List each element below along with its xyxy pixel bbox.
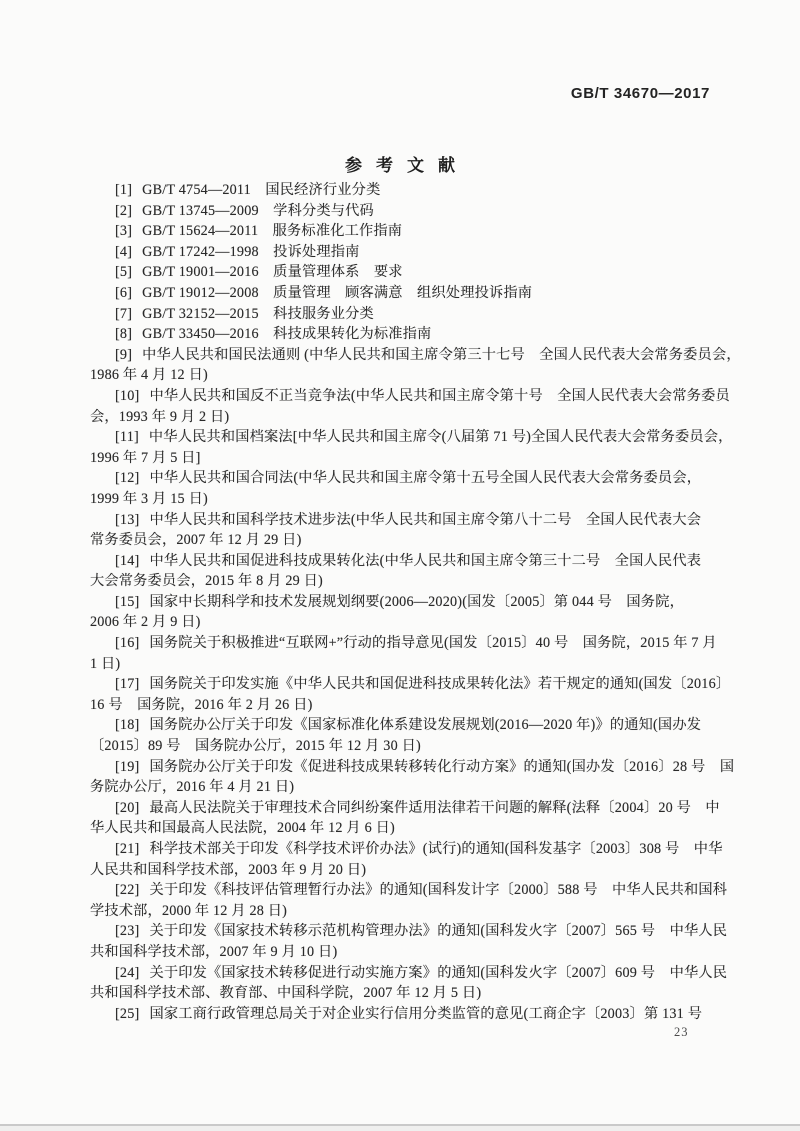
reference-item: [11]中华人民共和国档案法[中华人民共和国主席令(八届第 71 号)全国人民代…	[90, 427, 716, 448]
reference-item-continuation: 学技术部，2000 年 12 月 28 日)	[90, 901, 716, 922]
scan-bottom-margin	[0, 1126, 800, 1131]
reference-text: 国务院关于印发实施《中华人民共和国促进科技成果转化法》若干规定的通知(国发〔20…	[149, 676, 730, 692]
reference-number: [17]	[115, 674, 139, 695]
reference-number: [14]	[115, 551, 139, 572]
reference-item: [4]GB/T 17242—1998 投诉处理指南	[90, 242, 716, 263]
reference-item-continuation: 2006 年 2 月 9 日)	[90, 612, 716, 633]
reference-text: 中华人民共和国反不正当竞争法(中华人民共和国主席令第十号 全国人民代表大会常务委…	[149, 388, 729, 404]
reference-item: [15]国家中长期科学和技术发展规划纲要(2006—2020)(国发〔2005〕…	[90, 592, 716, 613]
reference-item: [24]关于印发《国家技术转移促进行动实施方案》的通知(国科发火字〔2007〕6…	[90, 963, 716, 984]
reference-text: 关于印发《国家技术转移促进行动实施方案》的通知(国科发火字〔2007〕609 号…	[149, 965, 727, 981]
standard-code-header: GB/T 34670—2017	[571, 85, 710, 102]
reference-item-continuation: 大会常务委员会，2015 年 8 月 29 日)	[90, 571, 716, 592]
reference-item: [2]GB/T 13745—2009 学科分类与代码	[90, 201, 716, 222]
reference-item-continuation: 1999 年 3 月 15 日)	[90, 489, 716, 510]
reference-text: GB/T 19001—2016 质量管理体系 要求	[142, 264, 403, 280]
reference-number: [15]	[115, 592, 139, 613]
reference-number: [9]	[115, 345, 132, 366]
reference-text: GB/T 17242—1998 投诉处理指南	[142, 244, 359, 260]
reference-item: [5]GB/T 19001—2016 质量管理体系 要求	[90, 262, 716, 283]
reference-item: [25]国家工商行政管理总局关于对企业实行信用分类监管的意见(工商企字〔2003…	[90, 1004, 716, 1025]
reference-item: [7]GB/T 32152—2015 科技服务业分类	[90, 304, 716, 325]
reference-item: [22]关于印发《科技评估管理暂行办法》的通知(国科发计字〔2000〕588 号…	[90, 880, 716, 901]
reference-item-continuation: 16 号 国务院，2016 年 2 月 26 日)	[90, 695, 716, 716]
reference-item-continuation: 1986 年 4 月 12 日)	[90, 365, 716, 386]
reference-item-continuation: 会，1993 年 9 月 2 日)	[90, 407, 716, 428]
reference-item-continuation: 〔2015〕89 号 国务院办公厅，2015 年 12 月 30 日)	[90, 736, 716, 757]
reference-number: [8]	[115, 324, 132, 345]
reference-item: [13]中华人民共和国科学技术进步法(中华人民共和国主席令第八十二号 全国人民代…	[90, 510, 716, 531]
reference-item: [1]GB/T 4754—2011 国民经济行业分类	[90, 180, 716, 201]
reference-item-continuation: 常务委员会，2007 年 12 月 29 日)	[90, 530, 716, 551]
reference-number: [10]	[115, 386, 139, 407]
reference-item: [19]国务院办公厅关于印发《促进科技成果转移转化行动方案》的通知(国办发〔20…	[90, 757, 716, 778]
reference-item: [10]中华人民共和国反不正当竞争法(中华人民共和国主席令第十号 全国人民代表大…	[90, 386, 716, 407]
reference-number: [11]	[115, 427, 139, 448]
reference-item-continuation: 1996 年 7 月 5 日]	[90, 448, 716, 469]
reference-item: [8]GB/T 33450—2016 科技成果转化为标准指南	[90, 324, 716, 345]
reference-text: 关于印发《国家技术转移示范机构管理办法》的通知(国科发火字〔2007〕565 号…	[149, 923, 727, 939]
reference-text: 国务院办公厅关于印发《国家标准化体系建设发展规划(2016—2020 年)》的通…	[149, 717, 701, 733]
reference-item-continuation: 华人民共和国最高人民法院，2004 年 12 月 6 日)	[90, 818, 716, 839]
reference-text: GB/T 15624—2011 服务标准化工作指南	[142, 223, 402, 239]
reference-number: [19]	[115, 757, 139, 778]
reference-text: GB/T 32152—2015 科技服务业分类	[142, 306, 374, 322]
reference-item: [6]GB/T 19012—2008 质量管理 顾客满意 组织处理投诉指南	[90, 283, 716, 304]
reference-text: 关于印发《科技评估管理暂行办法》的通知(国科发计字〔2000〕588 号 中华人…	[149, 882, 727, 898]
reference-item-continuation: 人民共和国科学技术部，2003 年 9 月 20 日)	[90, 860, 716, 881]
reference-number: [21]	[115, 839, 139, 860]
reference-text: 国务院关于积极推进“互联网+”行动的指导意见(国发〔2015〕40 号 国务院，…	[149, 635, 716, 651]
reference-text: 国务院办公厅关于印发《促进科技成果转移转化行动方案》的通知(国办发〔2016〕2…	[149, 759, 734, 775]
reference-number: [7]	[115, 304, 132, 325]
reference-text: 最高人民法院关于审理技术合同纠纷案件适用法律若干问题的解释(法释〔2004〕20…	[149, 800, 719, 816]
reference-number: [22]	[115, 880, 139, 901]
reference-text: 中华人民共和国档案法[中华人民共和国主席令(八届第 71 号)全国人民代表大会常…	[149, 429, 733, 445]
reference-item: [23]关于印发《国家技术转移示范机构管理办法》的通知(国科发火字〔2007〕5…	[90, 921, 716, 942]
reference-number: [12]	[115, 468, 139, 489]
reference-text: GB/T 33450—2016 科技成果转化为标准指南	[142, 326, 431, 342]
reference-item: [14]中华人民共和国促进科技成果转化法(中华人民共和国主席令第三十二号 全国人…	[90, 551, 716, 572]
reference-item: [17]国务院关于印发实施《中华人民共和国促进科技成果转化法》若干规定的通知(国…	[90, 674, 716, 695]
references-title: 参考文献	[0, 151, 800, 176]
references-list: [1]GB/T 4754—2011 国民经济行业分类[2]GB/T 13745—…	[90, 180, 716, 1024]
reference-number: [16]	[115, 633, 139, 654]
reference-number: [18]	[115, 715, 139, 736]
reference-text: 国家中长期科学和技术发展规划纲要(2006—2020)(国发〔2005〕第 04…	[149, 594, 684, 610]
reference-number: [5]	[115, 262, 132, 283]
reference-number: [6]	[115, 283, 132, 304]
reference-text: GB/T 19012—2008 质量管理 顾客满意 组织处理投诉指南	[142, 285, 532, 301]
reference-number: [20]	[115, 798, 139, 819]
reference-item-continuation: 1 日)	[90, 654, 716, 675]
reference-item: [12]中华人民共和国合同法(中华人民共和国主席令第十五号全国人民代表大会常务委…	[90, 468, 716, 489]
reference-item: [9]中华人民共和国民法通则 (中华人民共和国主席令第三十七号 全国人民代表大会…	[90, 345, 716, 366]
reference-text: 国家工商行政管理总局关于对企业实行信用分类监管的意见(工商企字〔2003〕第 1…	[149, 1006, 702, 1022]
reference-item: [3]GB/T 15624—2011 服务标准化工作指南	[90, 221, 716, 242]
page-number: 23	[674, 1025, 689, 1040]
reference-number: [24]	[115, 963, 139, 984]
reference-number: [13]	[115, 510, 139, 531]
reference-text: 中华人民共和国民法通则 (中华人民共和国主席令第三十七号 全国人民代表大会常务委…	[142, 347, 741, 363]
reference-item-continuation: 共和国科学技术部、教育部、中国科学院，2007 年 12 月 5 日)	[90, 983, 716, 1004]
reference-text: GB/T 4754—2011 国民经济行业分类	[142, 182, 380, 198]
reference-item: [21]科学技术部关于印发《科学技术评价办法》(试行)的通知(国科发基字〔200…	[90, 839, 716, 860]
reference-number: [2]	[115, 201, 132, 222]
reference-item-continuation: 共和国科学技术部，2007 年 9 月 10 日)	[90, 942, 716, 963]
reference-number: [3]	[115, 221, 132, 242]
reference-item: [20]最高人民法院关于审理技术合同纠纷案件适用法律若干问题的解释(法释〔200…	[90, 798, 716, 819]
reference-text: 中华人民共和国合同法(中华人民共和国主席令第十五号全国人民代表大会常务委员会，	[149, 470, 701, 486]
reference-item: [18]国务院办公厅关于印发《国家标准化体系建设发展规划(2016—2020 年…	[90, 715, 716, 736]
reference-number: [25]	[115, 1004, 139, 1025]
reference-number: [1]	[115, 180, 132, 201]
reference-text: 科学技术部关于印发《科学技术评价办法》(试行)的通知(国科发基字〔2003〕30…	[149, 841, 722, 857]
reference-item: [16]国务院关于积极推进“互联网+”行动的指导意见(国发〔2015〕40 号 …	[90, 633, 716, 654]
reference-text: 中华人民共和国促进科技成果转化法(中华人民共和国主席令第三十二号 全国人民代表	[149, 553, 701, 569]
reference-number: [4]	[115, 242, 132, 263]
reference-text: 中华人民共和国科学技术进步法(中华人民共和国主席令第八十二号 全国人民代表大会	[149, 512, 701, 528]
reference-number: [23]	[115, 921, 139, 942]
document-page: GB/T 34670—2017 参考文献 [1]GB/T 4754—2011 国…	[0, 0, 800, 1131]
reference-text: GB/T 13745—2009 学科分类与代码	[142, 203, 374, 219]
reference-item-continuation: 务院办公厅，2016 年 4 月 21 日)	[90, 777, 716, 798]
